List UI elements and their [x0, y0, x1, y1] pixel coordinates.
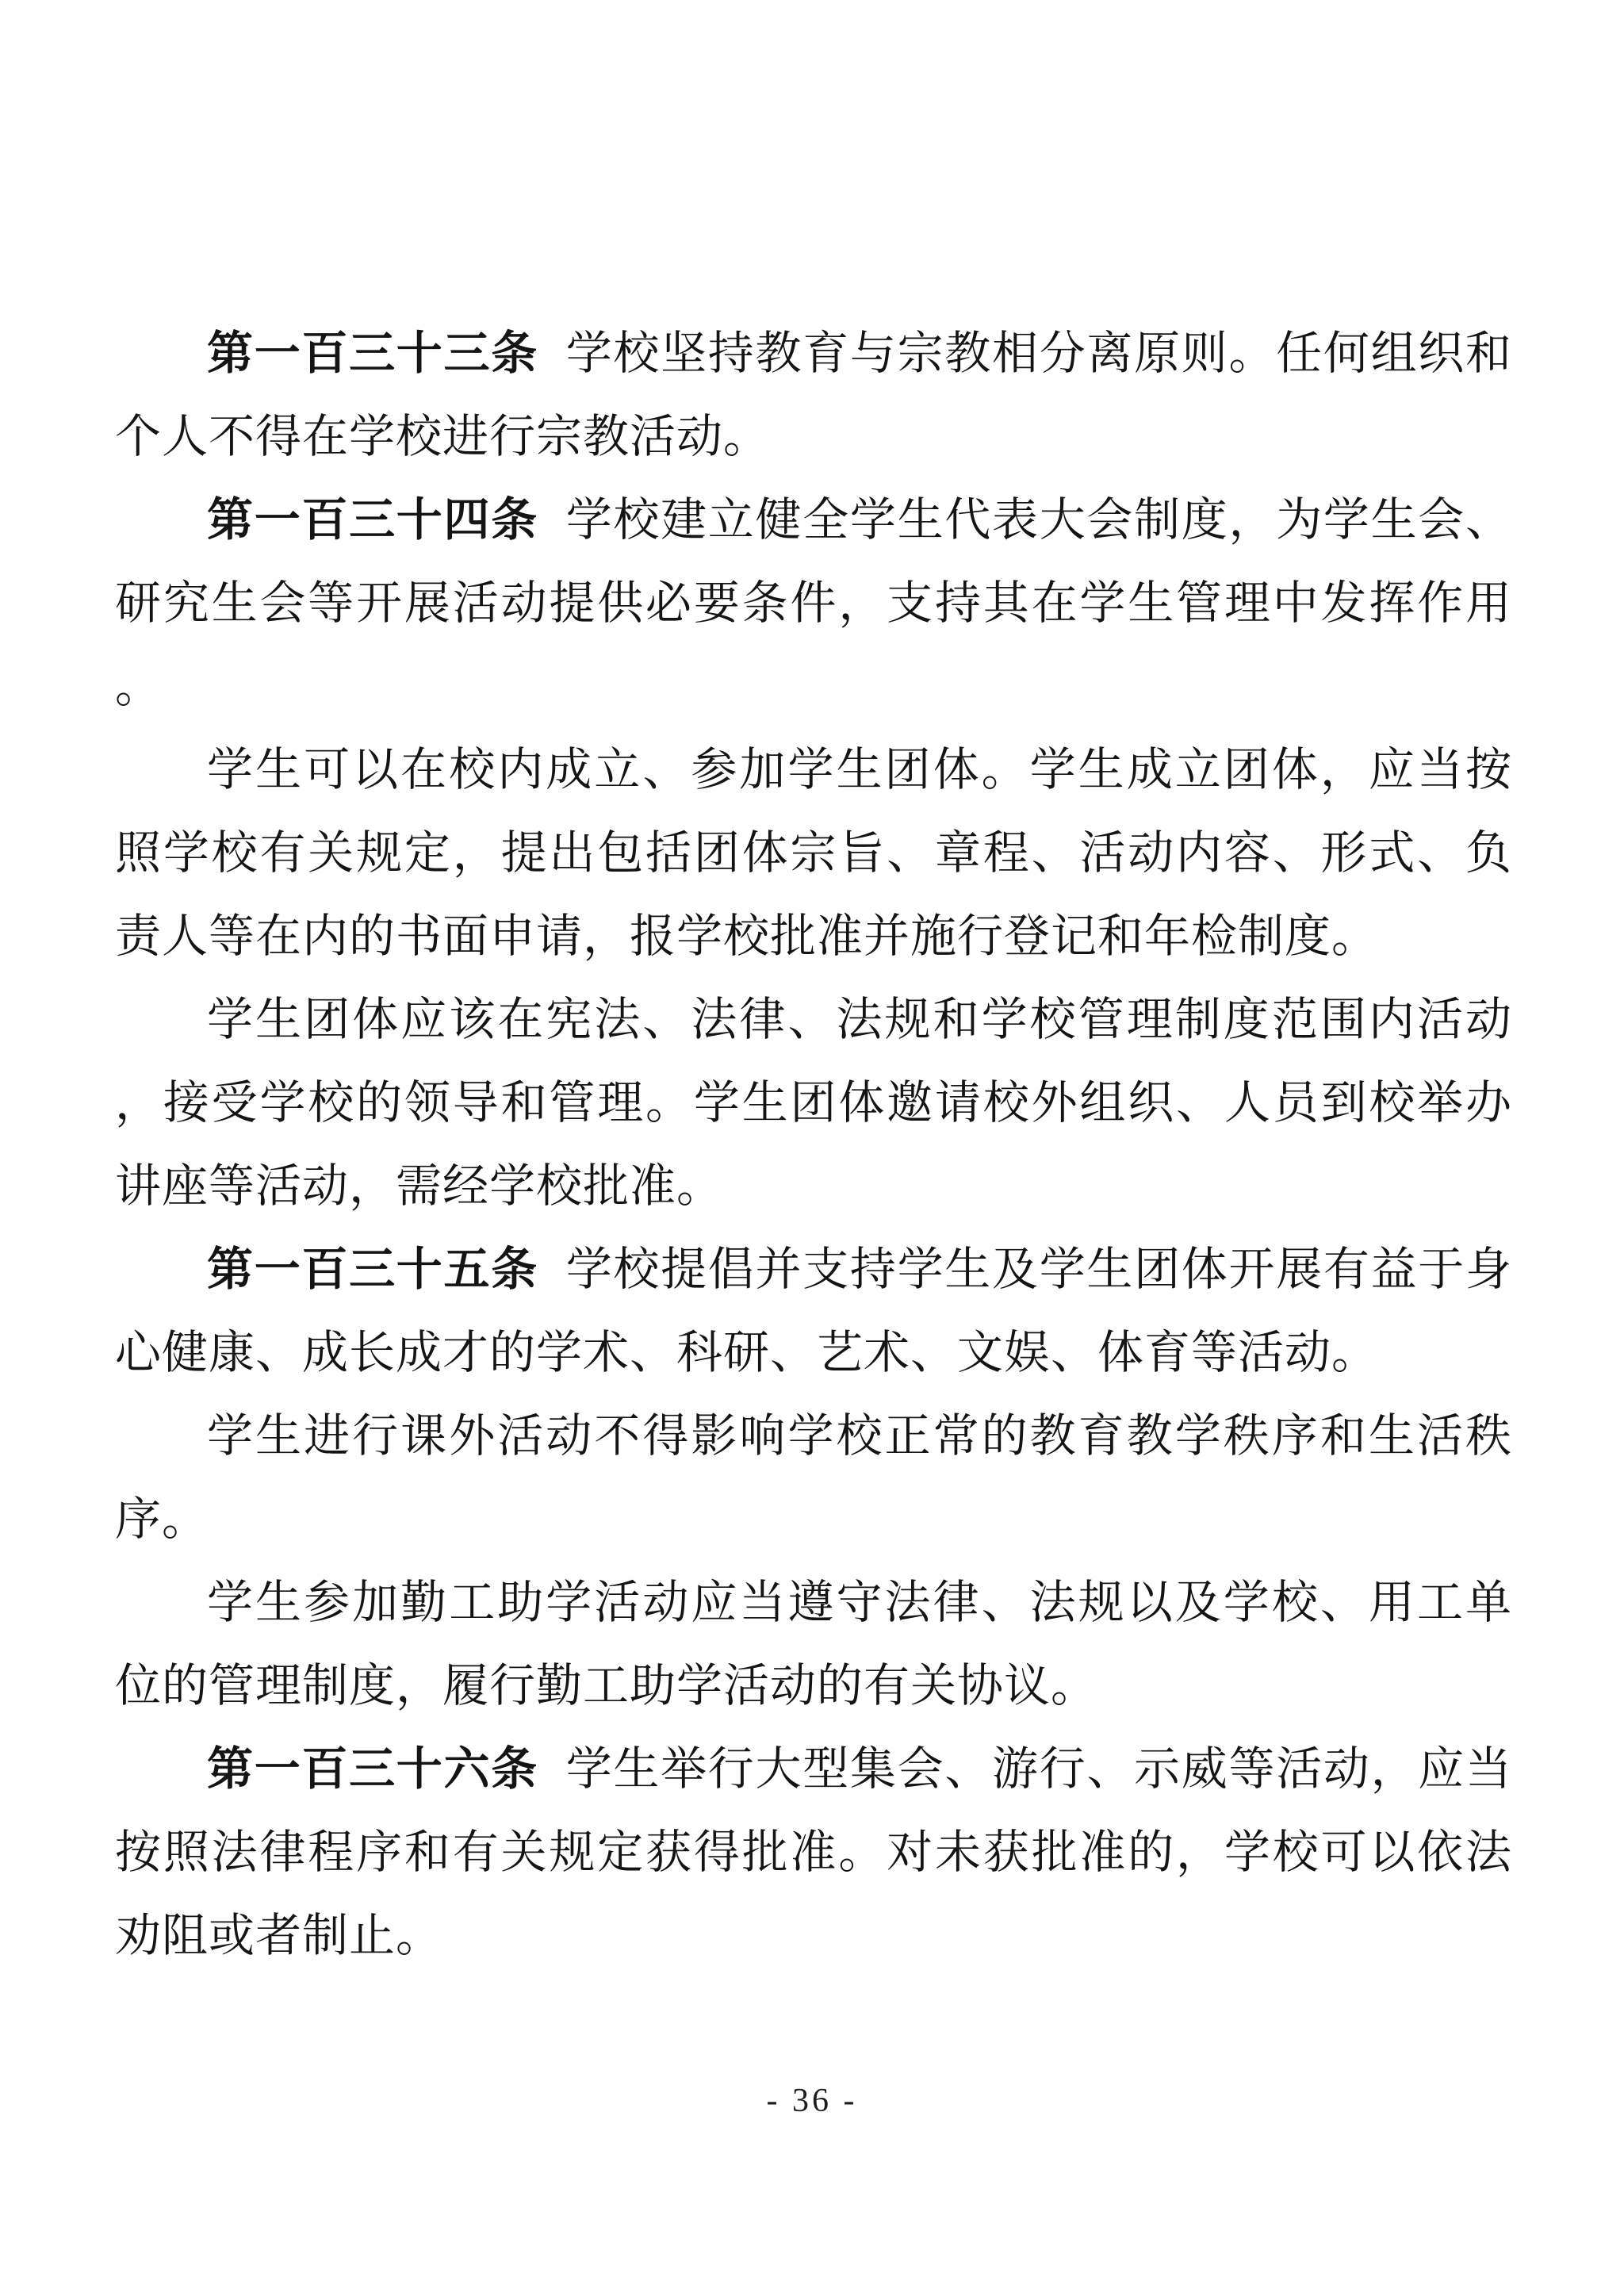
paragraph: 第一百三十三条学校坚持教育与宗教相分离原则。任何组织和个人不得在学校进行宗教活动…	[115, 312, 1512, 478]
paragraph-text: 学生参加勤工助学活动应当遵守法律、法规以及学校、用工单位的管理制度，履行勤工助学…	[115, 1577, 1512, 1711]
article-number: 第一百三十五条	[207, 1244, 538, 1295]
article-number: 第一百三十三条	[207, 328, 538, 379]
page-number: - 36 -	[0, 2082, 1624, 2120]
paragraph: 第一百三十四条学校建立健全学生代表大会制度，为学生会、研究生会等开展活动提供必要…	[115, 478, 1512, 728]
paragraph: 学生参加勤工助学活动应当遵守法律、法规以及学校、用工单位的管理制度，履行勤工助学…	[115, 1561, 1512, 1727]
document-page: 第一百三十三条学校坚持教育与宗教相分离原则。任何组织和个人不得在学校进行宗教活动…	[115, 312, 1512, 1977]
paragraph-text: 学生团体应该在宪法、法律、法规和学校管理制度范围内活动，接受学校的领导和管理。学…	[115, 994, 1512, 1212]
paragraph: 第一百三十六条学生举行大型集会、游行、示威等活动，应当按照法律程序和有关规定获得…	[115, 1727, 1512, 1977]
article-number: 第一百三十六条	[207, 1743, 538, 1795]
paragraph: 学生团体应该在宪法、法律、法规和学校管理制度范围内活动，接受学校的领导和管理。学…	[115, 978, 1512, 1228]
paragraph: 第一百三十五条学校提倡并支持学生及学生团体开展有益于身心健康、成长成才的学术、科…	[115, 1228, 1512, 1394]
article-number: 第一百三十四条	[207, 494, 538, 546]
paragraph: 学生可以在校内成立、参加学生团体。学生成立团体，应当按照学校有关规定，提出包括团…	[115, 728, 1512, 978]
paragraph-text: 学生可以在校内成立、参加学生团体。学生成立团体，应当按照学校有关规定，提出包括团…	[115, 744, 1512, 962]
paragraph: 学生进行课外活动不得影响学校正常的教育教学秩序和生活秩序。	[115, 1394, 1512, 1561]
paragraph-text: 学生进行课外活动不得影响学校正常的教育教学秩序和生活秩序。	[115, 1410, 1512, 1545]
